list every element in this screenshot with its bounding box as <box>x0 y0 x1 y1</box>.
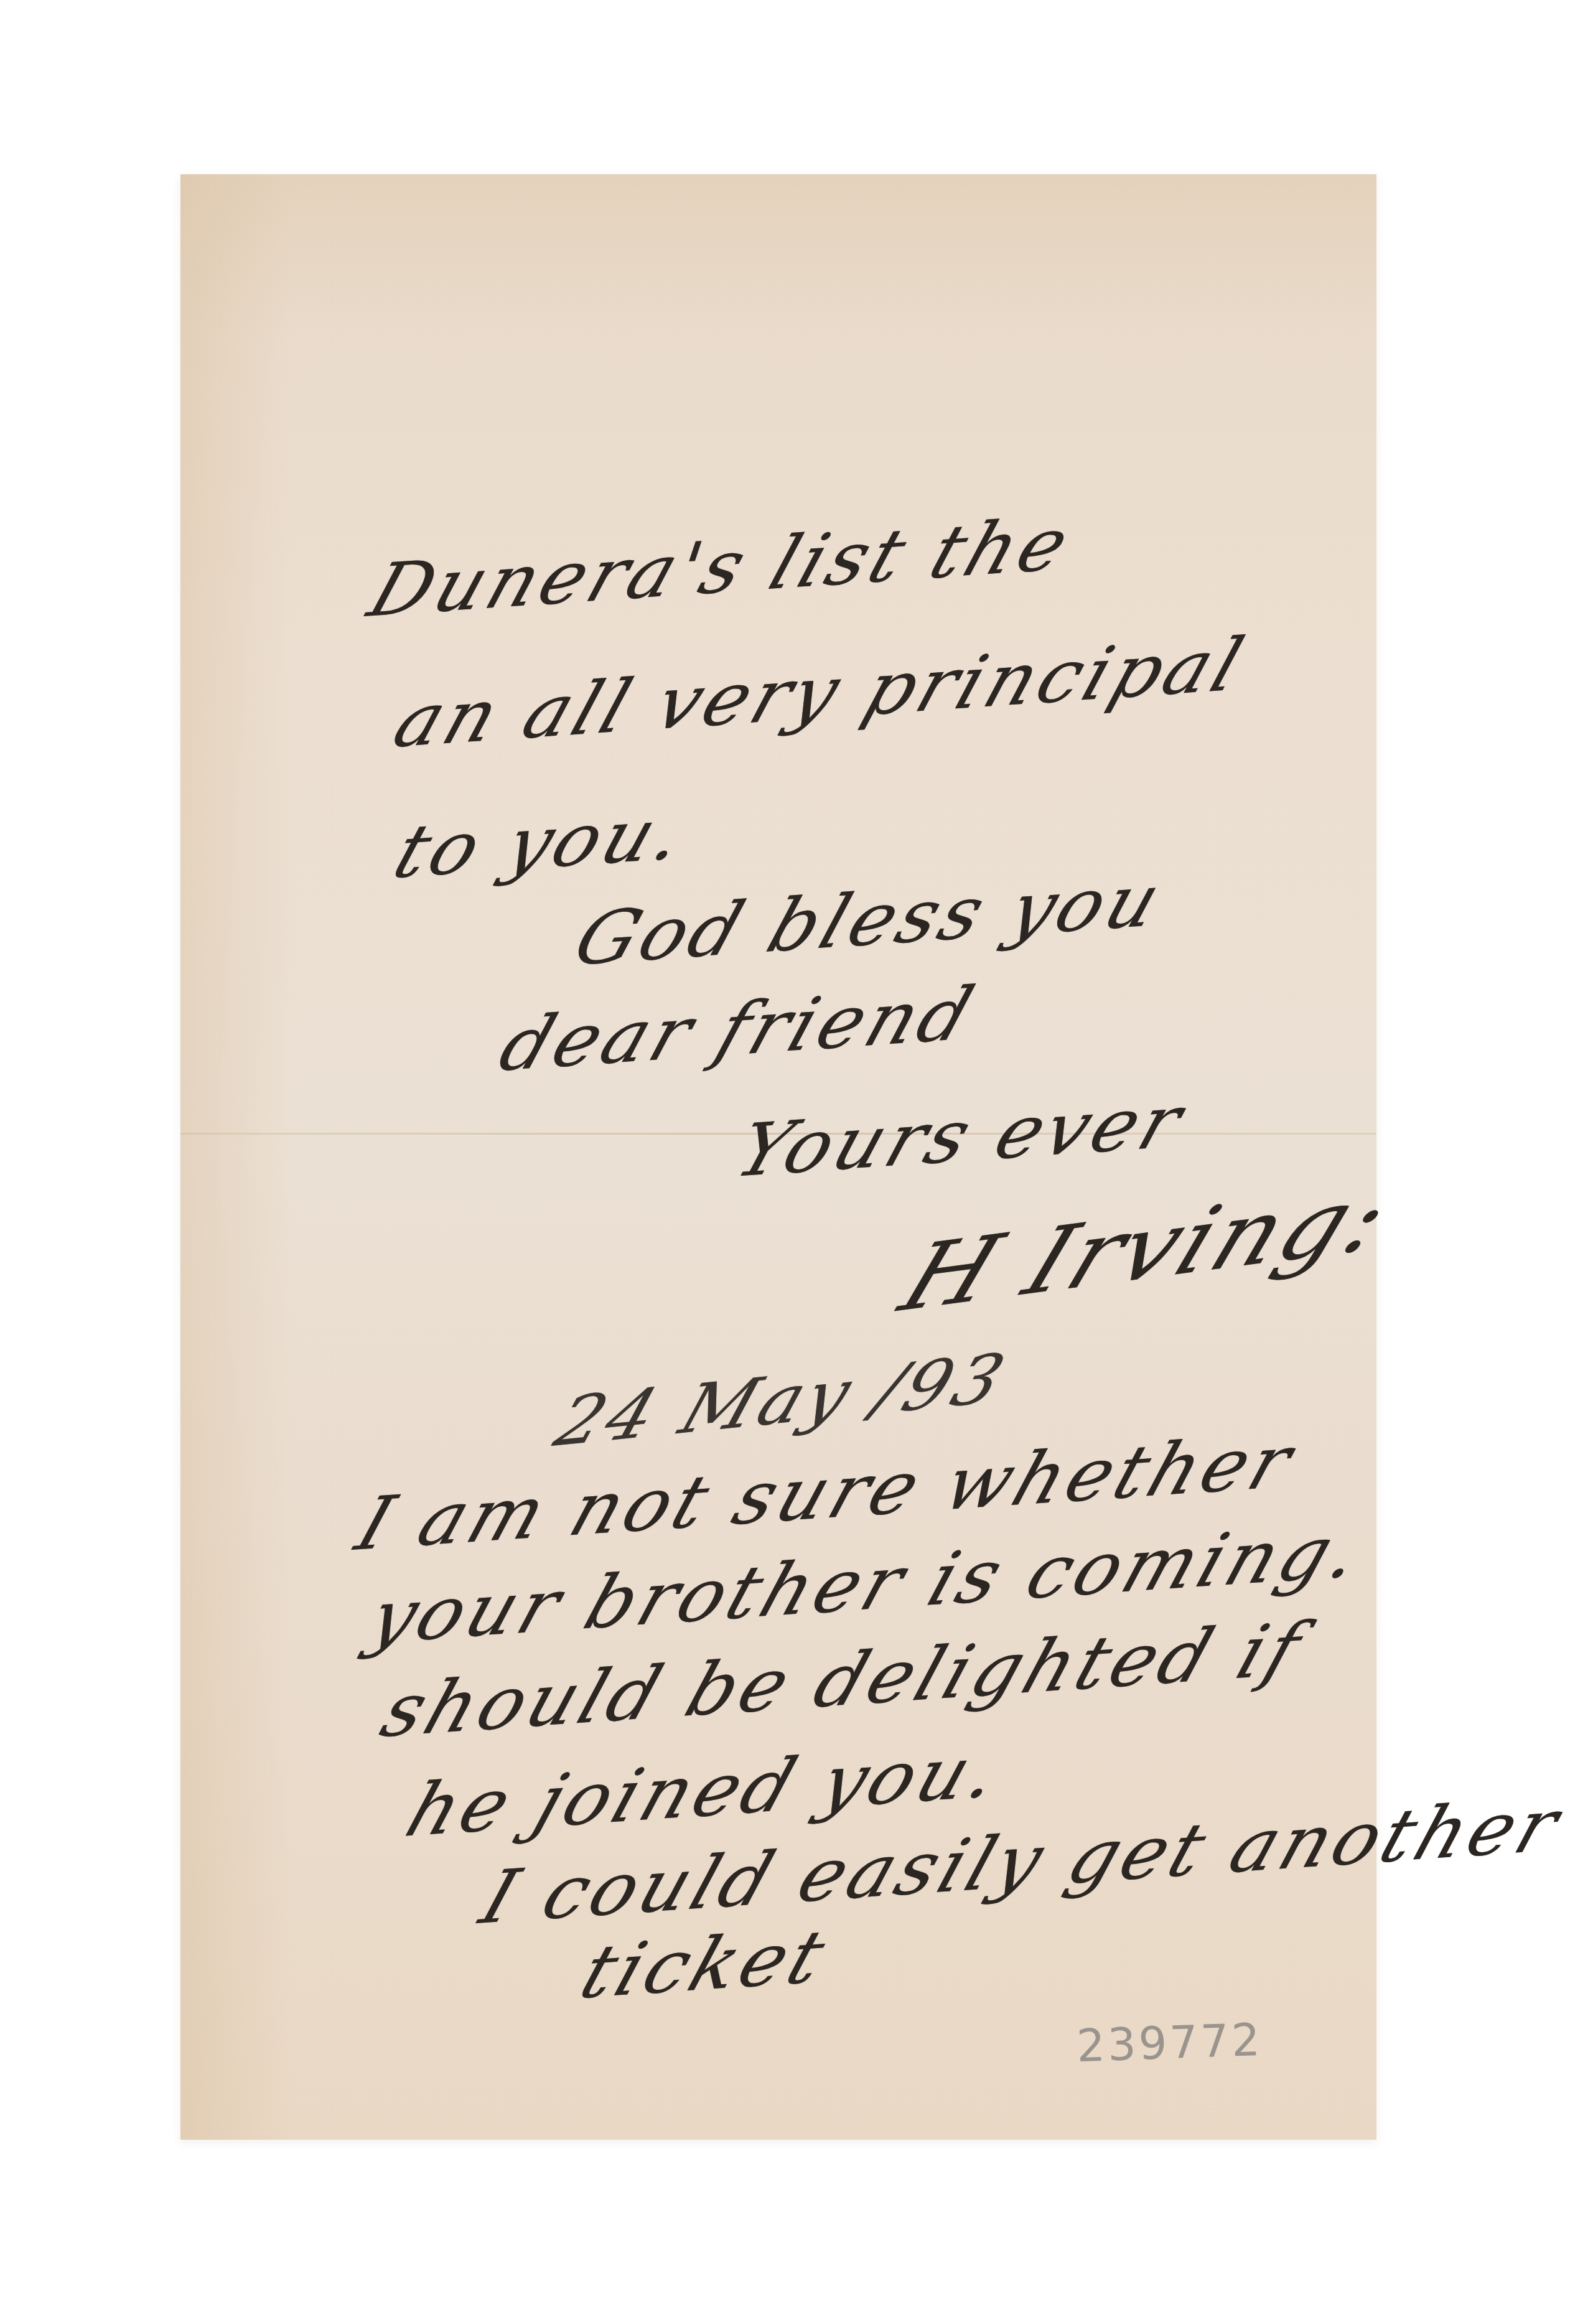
letter-line-3: to you. <box>386 796 697 889</box>
letter-line-1: Dunera's list the <box>361 507 1081 627</box>
letter-paper: Dunera's list the an all very principal … <box>180 174 1376 2140</box>
letter-line-2: an all very principal <box>386 627 1255 758</box>
letter-date: 24 May /93 <box>548 1344 1016 1456</box>
closing-salutation: dear friend <box>492 977 985 1082</box>
postscript-line-6: ticket <box>572 1919 837 2009</box>
pencil-inventory-number: 239772 <box>1076 2013 1264 2072</box>
closing-blessing: God bless you <box>566 863 1173 976</box>
closing-valediction: Yours ever <box>728 1084 1194 1188</box>
signature: H Irving: <box>890 1171 1404 1326</box>
